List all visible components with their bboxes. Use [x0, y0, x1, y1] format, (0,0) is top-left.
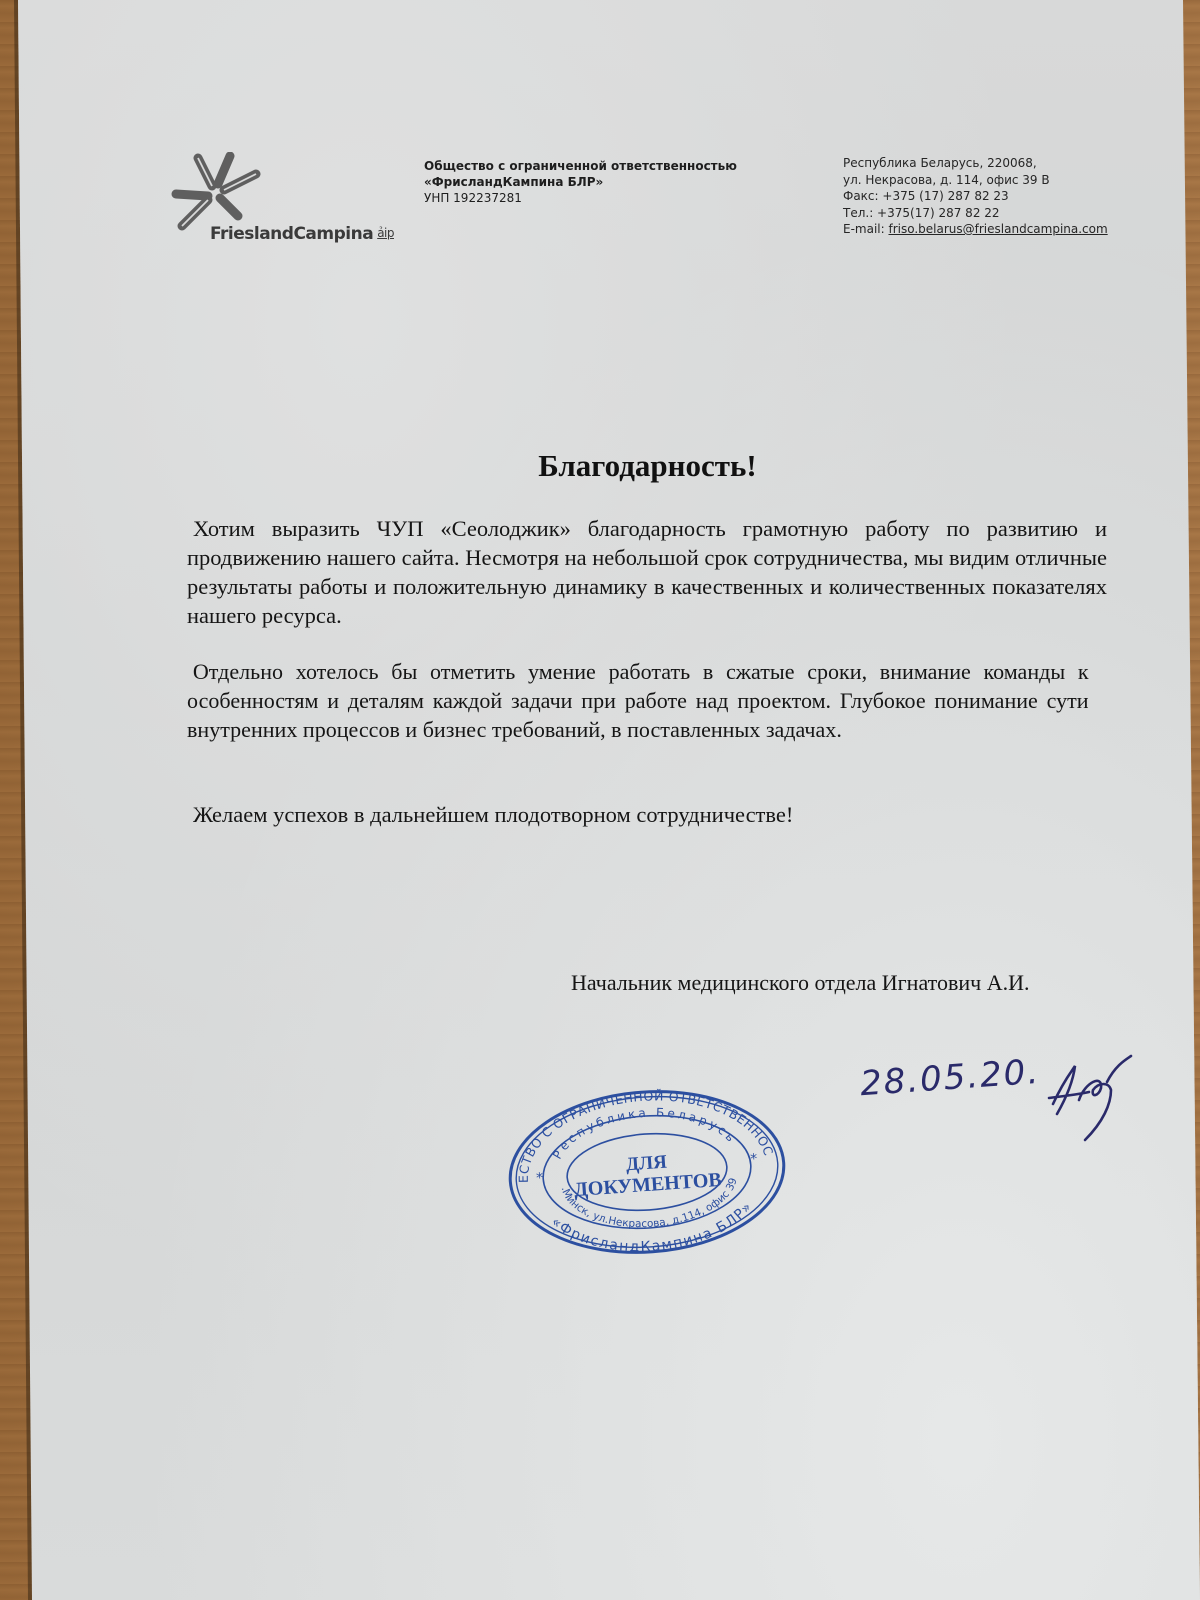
- handwritten-signature: [1045, 1052, 1135, 1142]
- round-seal-icon: ОБЩЕСТВО С ОГРАНИЧЕННОЙ ОТВЕТСТВЕННОСТЬЮ…: [506, 1087, 788, 1257]
- stamp-center-line-2: ДОКУМЕНТОВ: [573, 1169, 722, 1201]
- paragraph-1: Хотим выразить ЧУП «Сеолоджик» благодарн…: [187, 514, 1107, 630]
- friesland-campina-star-icon: [168, 152, 268, 232]
- company-stamp: ОБЩЕСТВО С ОГРАНИЧЕННОЙ ОТВЕТСТВЕННОСТЬЮ…: [506, 1087, 788, 1257]
- email-link[interactable]: friso.belarus@frieslandcampina.com: [888, 222, 1107, 236]
- brand-suffix: ảip: [377, 226, 394, 240]
- stamp-center-line-1: ДЛЯ: [625, 1152, 668, 1176]
- phone-number: Тел.: +375(17) 287 82 22: [843, 205, 1108, 222]
- company-contacts: Республика Беларусь, 220068, ул. Некрасо…: [843, 155, 1108, 238]
- email-line: E-mail: friso.belarus@frieslandcampina.c…: [843, 221, 1108, 238]
- company-details: Общество с ограниченной ответственностью…: [424, 158, 737, 206]
- company-legal-form: Общество с ограниченной ответственностью: [424, 158, 737, 174]
- company-unp: УНП 192237281: [424, 190, 737, 206]
- company-logo: FrieslandCampinaảip: [168, 152, 398, 247]
- letter-title: Благодарность!: [0, 448, 1200, 484]
- address-line-1: Республика Беларусь, 220068,: [843, 155, 1108, 172]
- signatory: Начальник медицинского отдела Игнатович …: [571, 970, 1029, 996]
- paragraph-2: Отдельно хотелось бы отметить умение раб…: [187, 657, 1089, 744]
- company-name: «ФрисландКампина БЛР»: [424, 174, 737, 190]
- brand-text: FrieslandCampina: [210, 224, 373, 244]
- stamp-star-left: *: [536, 1170, 544, 1186]
- stamp-star-right: *: [750, 1151, 758, 1167]
- address-line-2: ул. Некрасова, д. 114, офис 39 В: [843, 172, 1108, 189]
- paragraph-3: Желаем успехов в дальнейшем плодотворном…: [187, 800, 1107, 829]
- email-label: E-mail:: [843, 222, 888, 236]
- brand-name: FrieslandCampinaảip: [210, 224, 394, 244]
- fax-number: Факс: +375 (17) 287 82 23: [843, 188, 1108, 205]
